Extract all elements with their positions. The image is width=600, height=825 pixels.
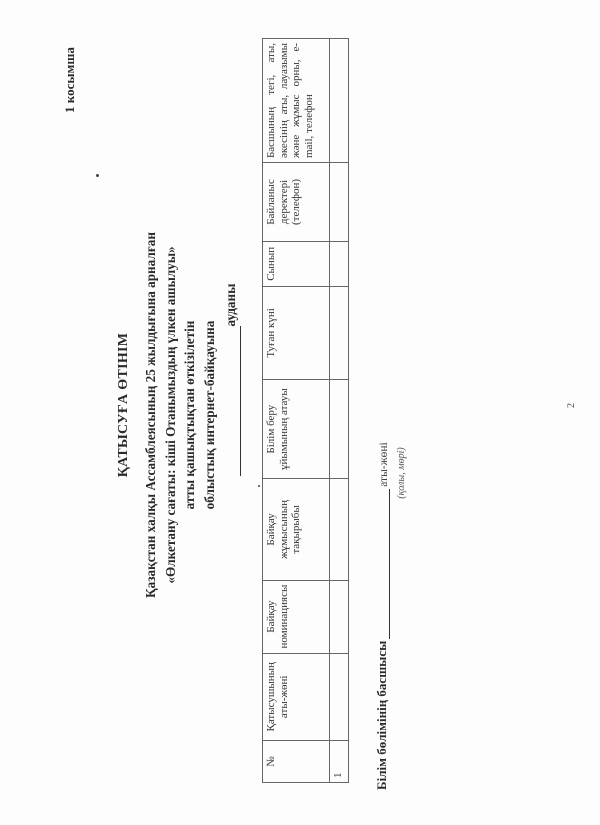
- signature-hint: (қолы, мөрі): [396, 433, 407, 513]
- header-number: №: [263, 741, 330, 783]
- application-table: № Қатысушының аты-жөні Байқау номинацияс…: [262, 38, 349, 783]
- page-number: 2: [566, 396, 577, 408]
- scan-speck: [96, 174, 99, 177]
- cell-supervisor-info[interactable]: [330, 39, 349, 163]
- cell-work-topic[interactable]: [330, 479, 349, 580]
- subtitle-line: облыстық интернет-байқауына: [200, 195, 220, 635]
- cell-participant-name[interactable]: [330, 653, 349, 741]
- cell-birth-date[interactable]: [330, 286, 349, 379]
- scan-speck: [258, 485, 260, 487]
- rotated-page-content: 1 косымша ҚАТЫСУҒА ӨТІНІМ Қазақстан халқ…: [0, 0, 600, 825]
- header-birth-date: Туған күні: [263, 286, 330, 379]
- cell-contact-phone[interactable]: [330, 163, 349, 242]
- header-supervisor-info: Басшының тегі, аты, әкесінің аты, лауазы…: [263, 39, 330, 163]
- header-nomination: Байқау номинациясы: [263, 580, 330, 653]
- header-grade: Сынып: [263, 241, 330, 286]
- header-work-topic: Байқау жұмысының тақырыбы: [263, 479, 330, 580]
- header-participant-name: Қатысушының аты-жөні: [263, 653, 330, 741]
- department-head-label: Білім бөлімінің басшысы: [374, 641, 390, 790]
- annex-label: 1 косымша: [62, 33, 78, 113]
- header-contact-phone: Байланыс деректері (телефон): [263, 163, 330, 242]
- district-label: ауданы: [221, 284, 241, 327]
- district-row: ауданы: [221, 195, 241, 635]
- cell-school-name[interactable]: [330, 380, 349, 479]
- document-title: ҚАТЫСУҒА ӨТІНІМ: [116, 285, 132, 525]
- district-blank-field[interactable]: [226, 326, 241, 476]
- subtitle-line: атты қашықтықтан өткізілетін: [180, 195, 200, 635]
- header-school-name: Білім беру ұйымының атауы: [263, 380, 330, 479]
- cell-grade[interactable]: [330, 241, 349, 286]
- document-subtitle: Қазақстан халқы Ассамблеясының 25 жылдығ…: [141, 195, 241, 635]
- full-name-label: аты-жөні: [378, 442, 390, 486]
- subtitle-line: «Өлкетану сағаты: кіші Отанымыздың үлкен…: [161, 195, 181, 635]
- subtitle-line: Қазақстан халқы Ассамблеясының 25 жылдығ…: [141, 195, 161, 635]
- signature-blank-field[interactable]: [375, 489, 390, 639]
- table-header-row: № Қатысушының аты-жөні Байқау номинацияс…: [263, 39, 330, 783]
- table-row: 1: [330, 39, 349, 783]
- cell-number: 1: [330, 741, 349, 783]
- cell-nomination[interactable]: [330, 580, 349, 653]
- signature-block: Білім бөлімінің басшысы аты-жөні: [374, 320, 390, 790]
